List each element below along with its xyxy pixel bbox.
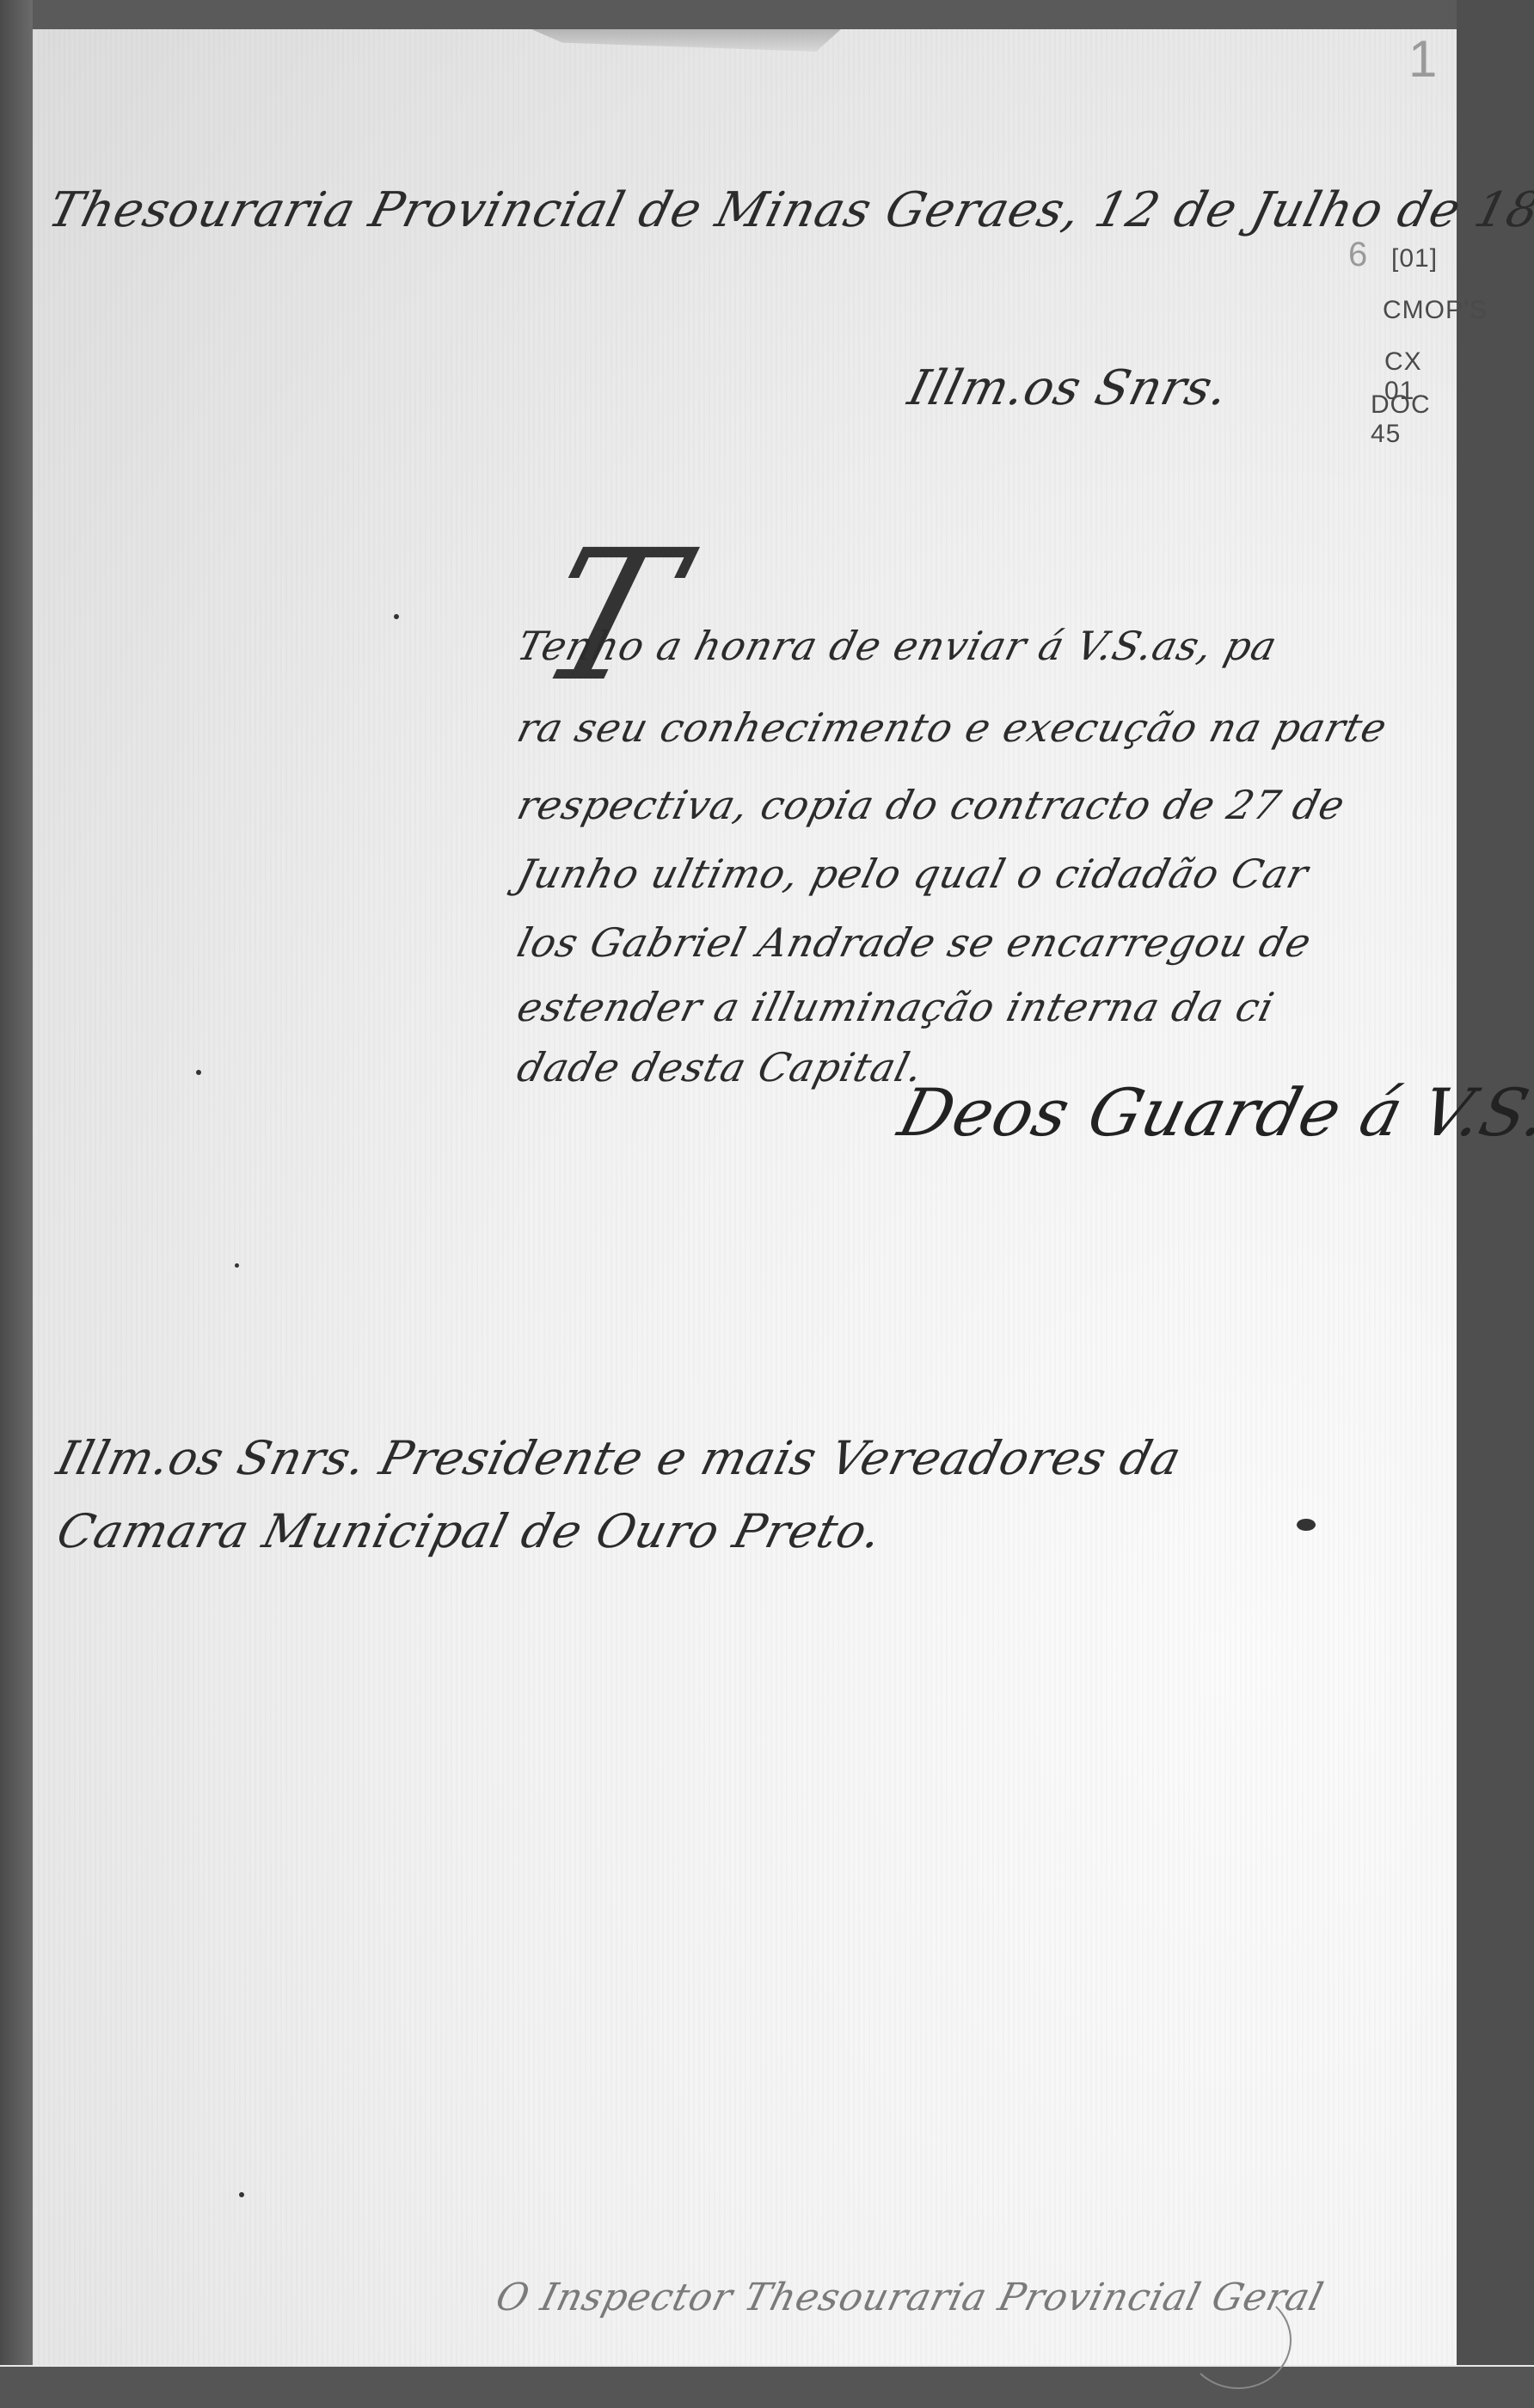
archive-annotation-line: DOC 45 bbox=[1371, 390, 1457, 449]
ink-dot bbox=[235, 1263, 239, 1268]
manuscript-page: 1 Thesouraria Provincial de Minas Geraes… bbox=[33, 29, 1457, 2365]
ink-dot bbox=[196, 1070, 201, 1075]
closing-formula: Deos Guarde á V.S.as bbox=[892, 1074, 1534, 1151]
body-line: Tenho a honra de enviar á V.S.as, pa bbox=[512, 623, 1282, 669]
signature-flourish bbox=[1185, 2291, 1292, 2389]
paper-fold bbox=[531, 29, 841, 52]
salutation: Illm.os Snrs. bbox=[903, 360, 1235, 416]
addressee-line: Camara Municipal de Ouro Preto. bbox=[52, 1504, 887, 1558]
body-line: Junho ultimo, pelo qual o cidadão Car bbox=[512, 851, 1313, 897]
scan-border-top bbox=[0, 0, 1534, 29]
body-line: respectiva, copia do contracto de 27 de bbox=[512, 782, 1350, 828]
body-line: los Gabriel Andrade se encarregou de bbox=[512, 919, 1316, 966]
scan-border-left bbox=[0, 0, 33, 2408]
archive-annotation-line: CMOP'S bbox=[1383, 296, 1488, 325]
addressee-line: Illm.os Snrs. Presidente e mais Vereador… bbox=[52, 1431, 1187, 1485]
body-line: estender a illuminação interna da ci bbox=[512, 984, 1279, 1030]
ink-blot bbox=[1297, 1519, 1316, 1531]
archive-faint-number: 6 bbox=[1348, 236, 1368, 274]
page-number-mark: 1 bbox=[1408, 29, 1438, 89]
archive-annotation-line: [01] bbox=[1391, 244, 1438, 273]
body-line: ra seu conhecimento e execução na parte bbox=[512, 704, 1392, 751]
scan-border-right bbox=[1457, 0, 1534, 2408]
decorative-initial-t: T bbox=[518, 511, 699, 722]
letter-heading: Thesouraria Provincial de Minas Geraes, … bbox=[43, 182, 1534, 238]
body-line: dade desta Capital. bbox=[512, 1044, 928, 1090]
scan-border-bottom bbox=[0, 2365, 1534, 2408]
ink-dot bbox=[394, 614, 399, 619]
ink-dot bbox=[239, 2192, 244, 2197]
